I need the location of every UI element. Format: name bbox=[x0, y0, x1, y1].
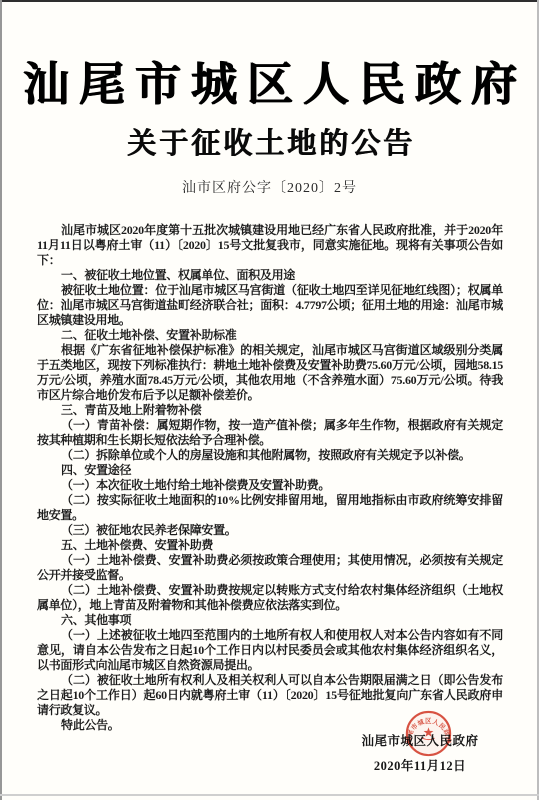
body-paragraph: （一）本次征收土地付给土地补偿费及安置补助费。 bbox=[37, 478, 503, 493]
body-paragraph: （一）土地补偿费、安置补助费必须按政策合理使用；其使用情况，必须按有关规定公开并… bbox=[37, 553, 503, 583]
document-number: 汕市区府公字〔2020〕2号 bbox=[0, 177, 539, 197]
body-paragraph: 根据《广东省征地补偿保护标准》的相关规定，汕尾市城区马宫街道区域级别分类属于五类… bbox=[37, 343, 503, 403]
body-paragraph: 一、被征收土地位置、权属单位、面积及用途 bbox=[37, 268, 503, 283]
page-top-edge-line bbox=[0, 0, 539, 2]
notice-body: 汕尾市城区2020年度第十五批次城镇建设用地已经广东省人民政府批准，并于2020… bbox=[37, 223, 503, 733]
body-paragraph: 汕尾市城区2020年度第十五批次城镇建设用地已经广东省人民政府批准，并于2020… bbox=[37, 223, 503, 268]
body-paragraph: （二）按实际征收土地面积的10%比例安排留用地，留用地指标由市政府统筹安排留地安… bbox=[37, 493, 503, 523]
notice-title: 关于征收土地的公告 bbox=[0, 121, 539, 162]
body-paragraph: 三、青苗及地上附着物补偿 bbox=[37, 403, 503, 418]
body-paragraph: 被征收土地位置：位于汕尾市城区马宫街道（征收土地四至详见征地红线图）；权属单位：… bbox=[37, 283, 503, 328]
body-paragraph: 四、安置途径 bbox=[37, 463, 503, 478]
body-paragraph: （二）土地补偿费、安置补助费按规定以转账方式支付给农村集体经济组织（土地权属单位… bbox=[37, 583, 503, 613]
issue-date: 2020年11月12日 bbox=[352, 756, 488, 774]
page-left-edge-line bbox=[0, 0, 2, 800]
body-paragraph: （一）上述被征收土地四至范围内的土地所有权人和使用权人对本公告内容如有不同意见，… bbox=[37, 628, 503, 673]
notice-page: { "header": { "title": "汕尾市城区人民政府", "sub… bbox=[0, 0, 539, 800]
body-paragraph: 六、其他事项 bbox=[37, 613, 503, 628]
body-paragraph: （二）拆除单位或个人的房屋设施和其他附属物，按照政府有关规定予以补偿。 bbox=[37, 448, 503, 463]
body-paragraph: 二、征收土地补偿、安置补助标准 bbox=[37, 328, 503, 343]
body-paragraph: （一）青苗补偿：属短期作物，按一造产值补偿；属多年生作物，根据政府有关规定按其种… bbox=[37, 418, 503, 448]
government-title: 汕尾市城区人民政府 bbox=[0, 48, 539, 114]
body-paragraph: 五、土地补偿费、安置补助费 bbox=[37, 538, 503, 553]
official-seal-stamp: 汕尾市城区人民政府 bbox=[405, 710, 452, 757]
page-bottom-edge-line bbox=[0, 794, 539, 796]
body-paragraph: （三）被征地农民养老保障安置。 bbox=[37, 523, 503, 538]
